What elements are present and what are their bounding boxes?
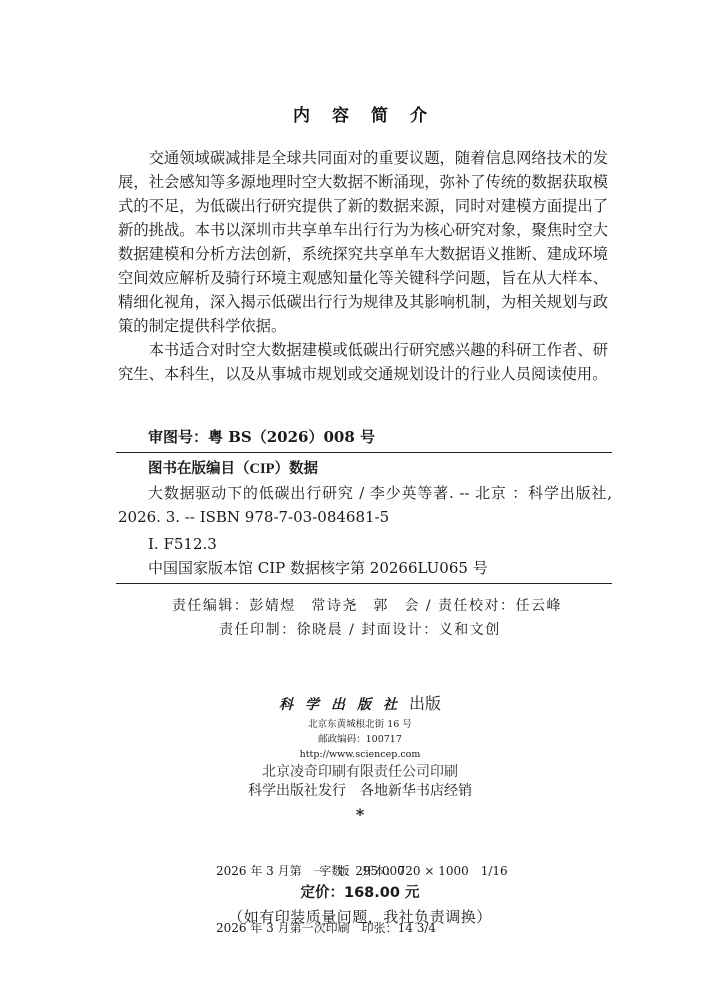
copyright-page: 内容简介 交通领域碳减排是全球共同面对的重要议题，随着信息网络技术的发展，社会感… [0,0,720,1000]
publisher-name-suffix: 出版 [409,694,441,713]
summary-paragraph-1: 交通领域碳减排是全球共同面对的重要议题，随着信息网络技术的发展，社会感知等多源地… [118,146,608,338]
printer-info: 北京凌奇印刷有限责任公司印刷 [0,762,720,782]
production-credits: 责任印制：徐晓晨 / 封面设计：义和文创 [0,618,720,642]
cip-heading: 图书在版编目（CIP）数据 [118,457,612,481]
editor-credits: 责任编辑：彭婧煜 常诗尧 郭 会 / 责任校对：任云峰 [0,594,720,618]
summary-paragraph-2: 本书适合对时空大数据建模或低碳出行研究感兴趣的科研工作者、研究生、本科生，以及从… [118,338,608,386]
cip-heading-latin: CIP [250,461,275,477]
cip-classification: Ⅰ. F512.3 [118,532,612,556]
publisher-address: 北京东黄城根北街 16 号 [0,717,720,732]
credits-section: 责任编辑：彭婧煜 常诗尧 郭 会 / 责任校对：任云峰 责任印制：徐晓晨 / 封… [0,594,720,642]
word-count: 字数：295 000 [0,862,720,881]
publisher-postcode: 邮政编码：100717 [0,732,720,747]
cip-block: 图书在版编目（CIP）数据 大数据驱动下的低碳出行研究 / 李少英等著. -- … [118,457,612,580]
page-title: 内容简介 [0,101,720,126]
cip-heading-prefix: 图书在版编目（ [148,461,250,477]
quality-notice: （如有印装质量问题，我社负责调换） [0,906,720,928]
price: 定价：168.00 元 [0,882,720,904]
summary-section: 交通领域碳减排是全球共同面对的重要议题，随着信息网络技术的发展，社会感知等多源地… [118,146,608,386]
cip-approval-number: 中国国家版本馆 CIP 数据核字第 20266LU065 号 [118,556,612,580]
cip-top-rule [116,452,612,453]
cip-heading-suffix: ）数据 [274,461,318,477]
separator-asterisk: * [0,806,720,824]
publisher-logo-text: 科学出版社 [279,697,409,713]
cip-bottom-rule [116,583,612,584]
distribution-info: 科学出版社发行 各地新华书店经销 [0,781,720,801]
cip-entry: 大数据驱动下的低碳出行研究 / 李少英等著. -- 北京 ：科学出版社, 202… [118,481,612,529]
publisher-website: http://www.sciencep.com [0,747,720,762]
publisher-name: 科学出版社出版 [0,692,720,717]
publisher-block: 科学出版社出版 北京东黄城根北街 16 号 邮政编码：100717 http:/… [0,692,720,762]
map-audit-number: 审图号：粤 BS（2026）008 号 [148,427,375,447]
